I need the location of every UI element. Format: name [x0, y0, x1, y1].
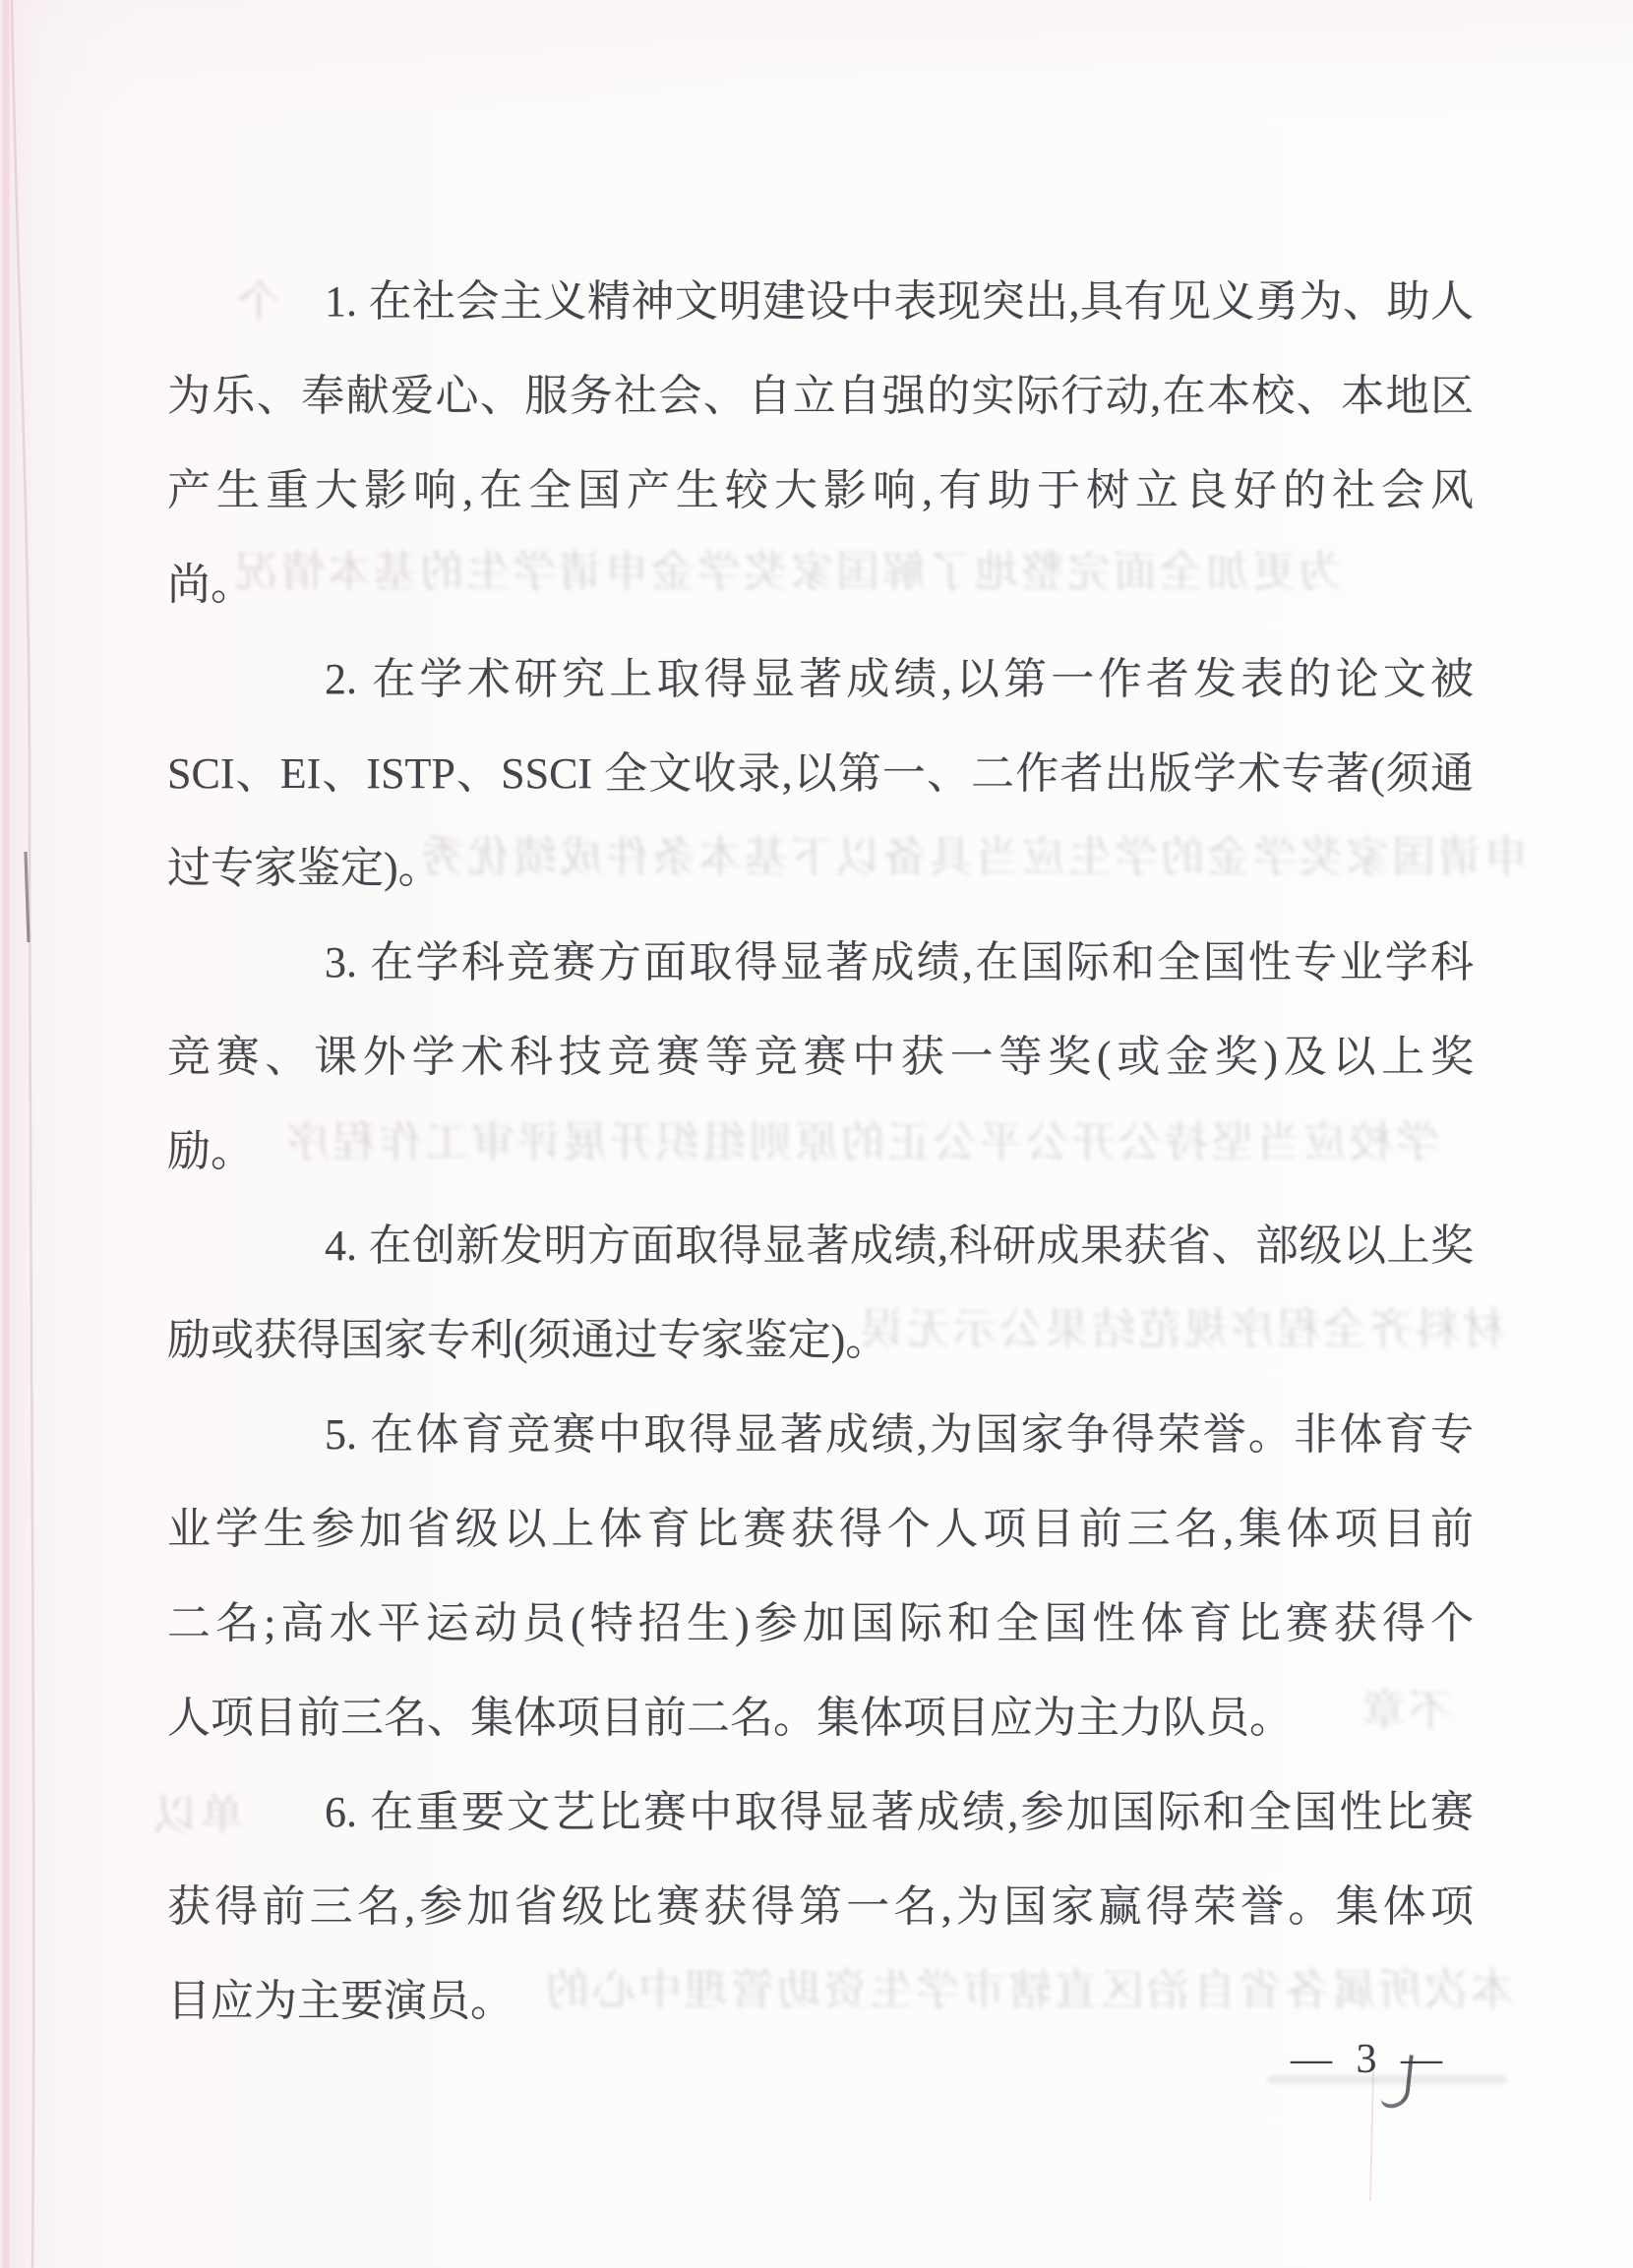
text-line: 业学生参加省级以上体育比赛获得个人项目前三名,集体项目前: [167, 1482, 1474, 1577]
text-line: 1. 在社会主义精神文明建设中表现突出,具有见义勇为、助人: [167, 255, 1474, 349]
text-line: 目应为主要演员。: [167, 1954, 1474, 2049]
text-line: 4. 在创新发明方面取得显著成绩,科研成果获省、部级以上奖: [167, 1199, 1474, 1293]
text-line: 5. 在体育竞赛中取得显著成绩,为国家争得荣誉。非体育专: [167, 1388, 1474, 1482]
text-line: 励或获得国家专利(须通过专家鉴定)。: [167, 1293, 1474, 1388]
text-line: 人项目前三名、集体项目前二名。集体项目应为主力队员。: [167, 1671, 1474, 1765]
text-line: 获得前三名,参加省级比赛获得第一名,为国家赢得荣誉。集体项: [167, 1860, 1474, 1954]
text-line: 励。: [167, 1104, 1474, 1199]
text-line: 竞赛、课外学术科技竞赛等竞赛中获一等奖(或金奖)及以上奖: [167, 1010, 1474, 1104]
text-line: SCI、EI、ISTP、SSCI 全文收录,以第一、二作者出版学术专著(须通: [167, 727, 1474, 821]
text-line: 尚。: [167, 538, 1474, 632]
crease-dark-segment: [26, 852, 29, 942]
scanned-document-page: 个 为更加全面完整地了解国家奖学金申请学生的基本情况 申请国家奖学金的学生应当具…: [0, 0, 1633, 2268]
text-line: 6. 在重要文艺比赛中取得显著成绩,参加国际和全国性比赛: [167, 1765, 1474, 1860]
pen-stroke-artifact: [1380, 2053, 1414, 2111]
text-line: 过专家鉴定)。: [167, 821, 1474, 916]
binding-crease-line: [12, 0, 33, 2268]
text-line: 二名;高水平运动员(特招生)参加国际和全国性体育比赛获得个: [167, 1577, 1474, 1671]
text-line: 3. 在学科竞赛方面取得显著成绩,在国际和全国性专业学科: [167, 916, 1474, 1010]
text-line: 2. 在学术研究上取得显著成绩,以第一作者发表的论文被: [167, 632, 1474, 727]
text-line: 为乐、奉献爱心、服务社会、自立自强的实际行动,在本校、本地区: [167, 349, 1474, 444]
text-line: 产生重大影响,在全国产生较大影响,有助于树立良好的社会风: [167, 444, 1474, 538]
body-text: 1. 在社会主义精神文明建设中表现突出,具有见义勇为、助人 为乐、奉献爱心、服务…: [167, 255, 1474, 2049]
